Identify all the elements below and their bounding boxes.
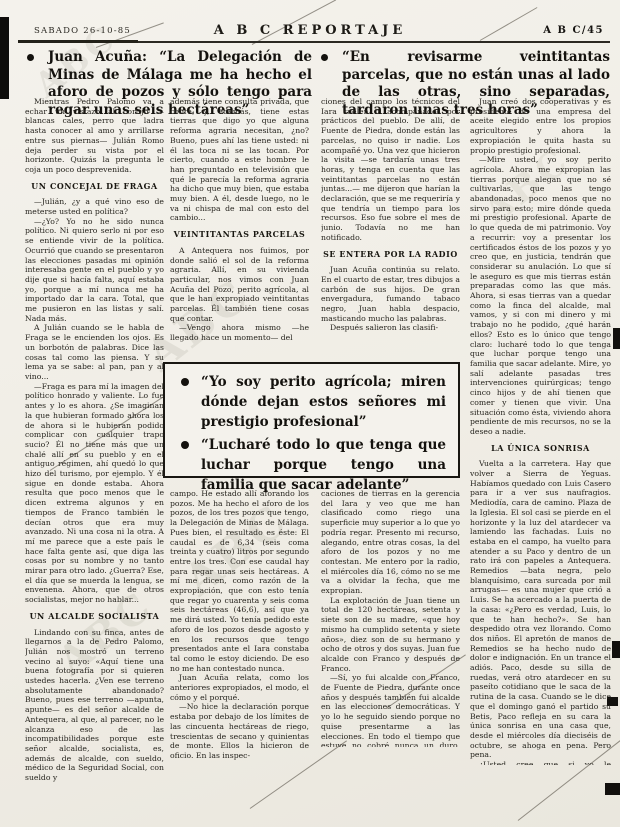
body-paragraph: Juan Acuña continúa su relato. En el cua… <box>321 265 460 323</box>
body-column-1: Mientras Pedro Palomo va a echar un vist… <box>25 97 164 797</box>
pull-quote-2-text: “Lucharé todo lo que tenga que luchar po… <box>201 437 446 493</box>
body-column-2-lower: campo. He estado allí aforando los pozos… <box>170 489 309 789</box>
body-paragraph: —Vengo ahora mismo —he llegado hace un m… <box>170 323 309 342</box>
header-page-number: A B C/45 <box>543 25 604 36</box>
body-column-2-upper: además tiene consulta privada, que cobra… <box>170 97 309 357</box>
body-paragraph: caciones de tierras en la gerencia del I… <box>321 489 460 596</box>
column-subhead: VEINTITANTAS PARCELAS <box>172 230 307 240</box>
body-paragraph: —Sí, yo fui alcalde con Franco, de Fuent… <box>321 673 460 747</box>
body-paragraph: A Julián cuando se le habla de Fraga se … <box>25 323 164 381</box>
body-paragraph: La explotación de Juan tiene un total de… <box>321 596 460 674</box>
scan-edge-mark <box>612 641 620 658</box>
body-paragraph: Vuelta a la carretera. Hay que volver a … <box>470 459 611 760</box>
body-paragraph: —¿Yo? Yo no he sido nunca político. Ni q… <box>25 217 164 324</box>
pull-quote-2: “Lucharé todo lo que tenga que luchar po… <box>177 435 446 495</box>
body-column-3-upper: ciones del campo los técnicos del Iara s… <box>321 97 460 357</box>
scan-edge-mark <box>605 783 620 795</box>
pull-quote-box: “Yo soy perito agrícola; miren dónde dej… <box>163 362 460 478</box>
newspaper-page: ABC ABC ABC ABC ABC SABADO 26-10-85 A B … <box>0 0 620 827</box>
scan-edge-mark <box>613 328 620 349</box>
body-column-4: Juan creó dos cooperativas y es presiden… <box>470 97 611 765</box>
column-subhead: SE ENTERA POR LA RADIO <box>323 250 458 260</box>
body-paragraph: además tiene consulta privada, que cobra… <box>170 97 309 223</box>
body-paragraph: Después salieron las clasifi- <box>321 323 460 333</box>
body-paragraph: —Fraga es para mí la imagen del político… <box>25 382 164 605</box>
bullet-icon <box>321 54 328 61</box>
column-subhead: UN CONCEJAL DE FRAGA <box>27 182 162 192</box>
bullet-icon <box>27 54 34 61</box>
body-paragraph: Juan creó dos cooperativas y es presiden… <box>470 97 611 155</box>
body-paragraph: —Julián, ¿y a qué vino eso de meterse us… <box>25 197 164 216</box>
column-subhead: LA ÚNICA SONRISA <box>472 444 609 454</box>
pull-quote-1-text: “Yo soy perito agrícola; miren dónde dej… <box>201 374 446 430</box>
body-paragraph: Juan Acuña relata, como los anteriores e… <box>170 673 309 702</box>
header-section-title: A B C REPORTAJE <box>0 23 620 38</box>
bullet-icon <box>181 441 189 449</box>
pull-quote-1: “Yo soy perito agrícola; miren dónde dej… <box>177 372 446 432</box>
body-paragraph: —Mire usted, yo soy perito agrícola. Aho… <box>470 155 611 436</box>
bullet-icon <box>181 378 189 386</box>
body-paragraph: ciones del campo los técnicos del Iara s… <box>321 97 460 243</box>
body-column-3-lower: caciones de tierras en la gerencia del I… <box>321 489 460 747</box>
body-paragraph: —No hice la declaración porque estaba po… <box>170 702 309 760</box>
body-paragraph: Lindando con su finca, antes de llegarno… <box>25 628 164 783</box>
body-paragraph: Mientras Pedro Palomo va a echar un vist… <box>25 97 164 175</box>
header-rule-segment <box>18 40 138 43</box>
column-subhead: UN ALCALDE SOCIALISTA <box>27 612 162 622</box>
body-paragraph: campo. He estado allí aforando los pozos… <box>170 489 309 673</box>
body-paragraph: ¿Usted cree que si yo le escribiera a Fe… <box>470 760 611 765</box>
body-paragraph: A Antequera nos fuimos, por donde salió … <box>170 246 309 324</box>
